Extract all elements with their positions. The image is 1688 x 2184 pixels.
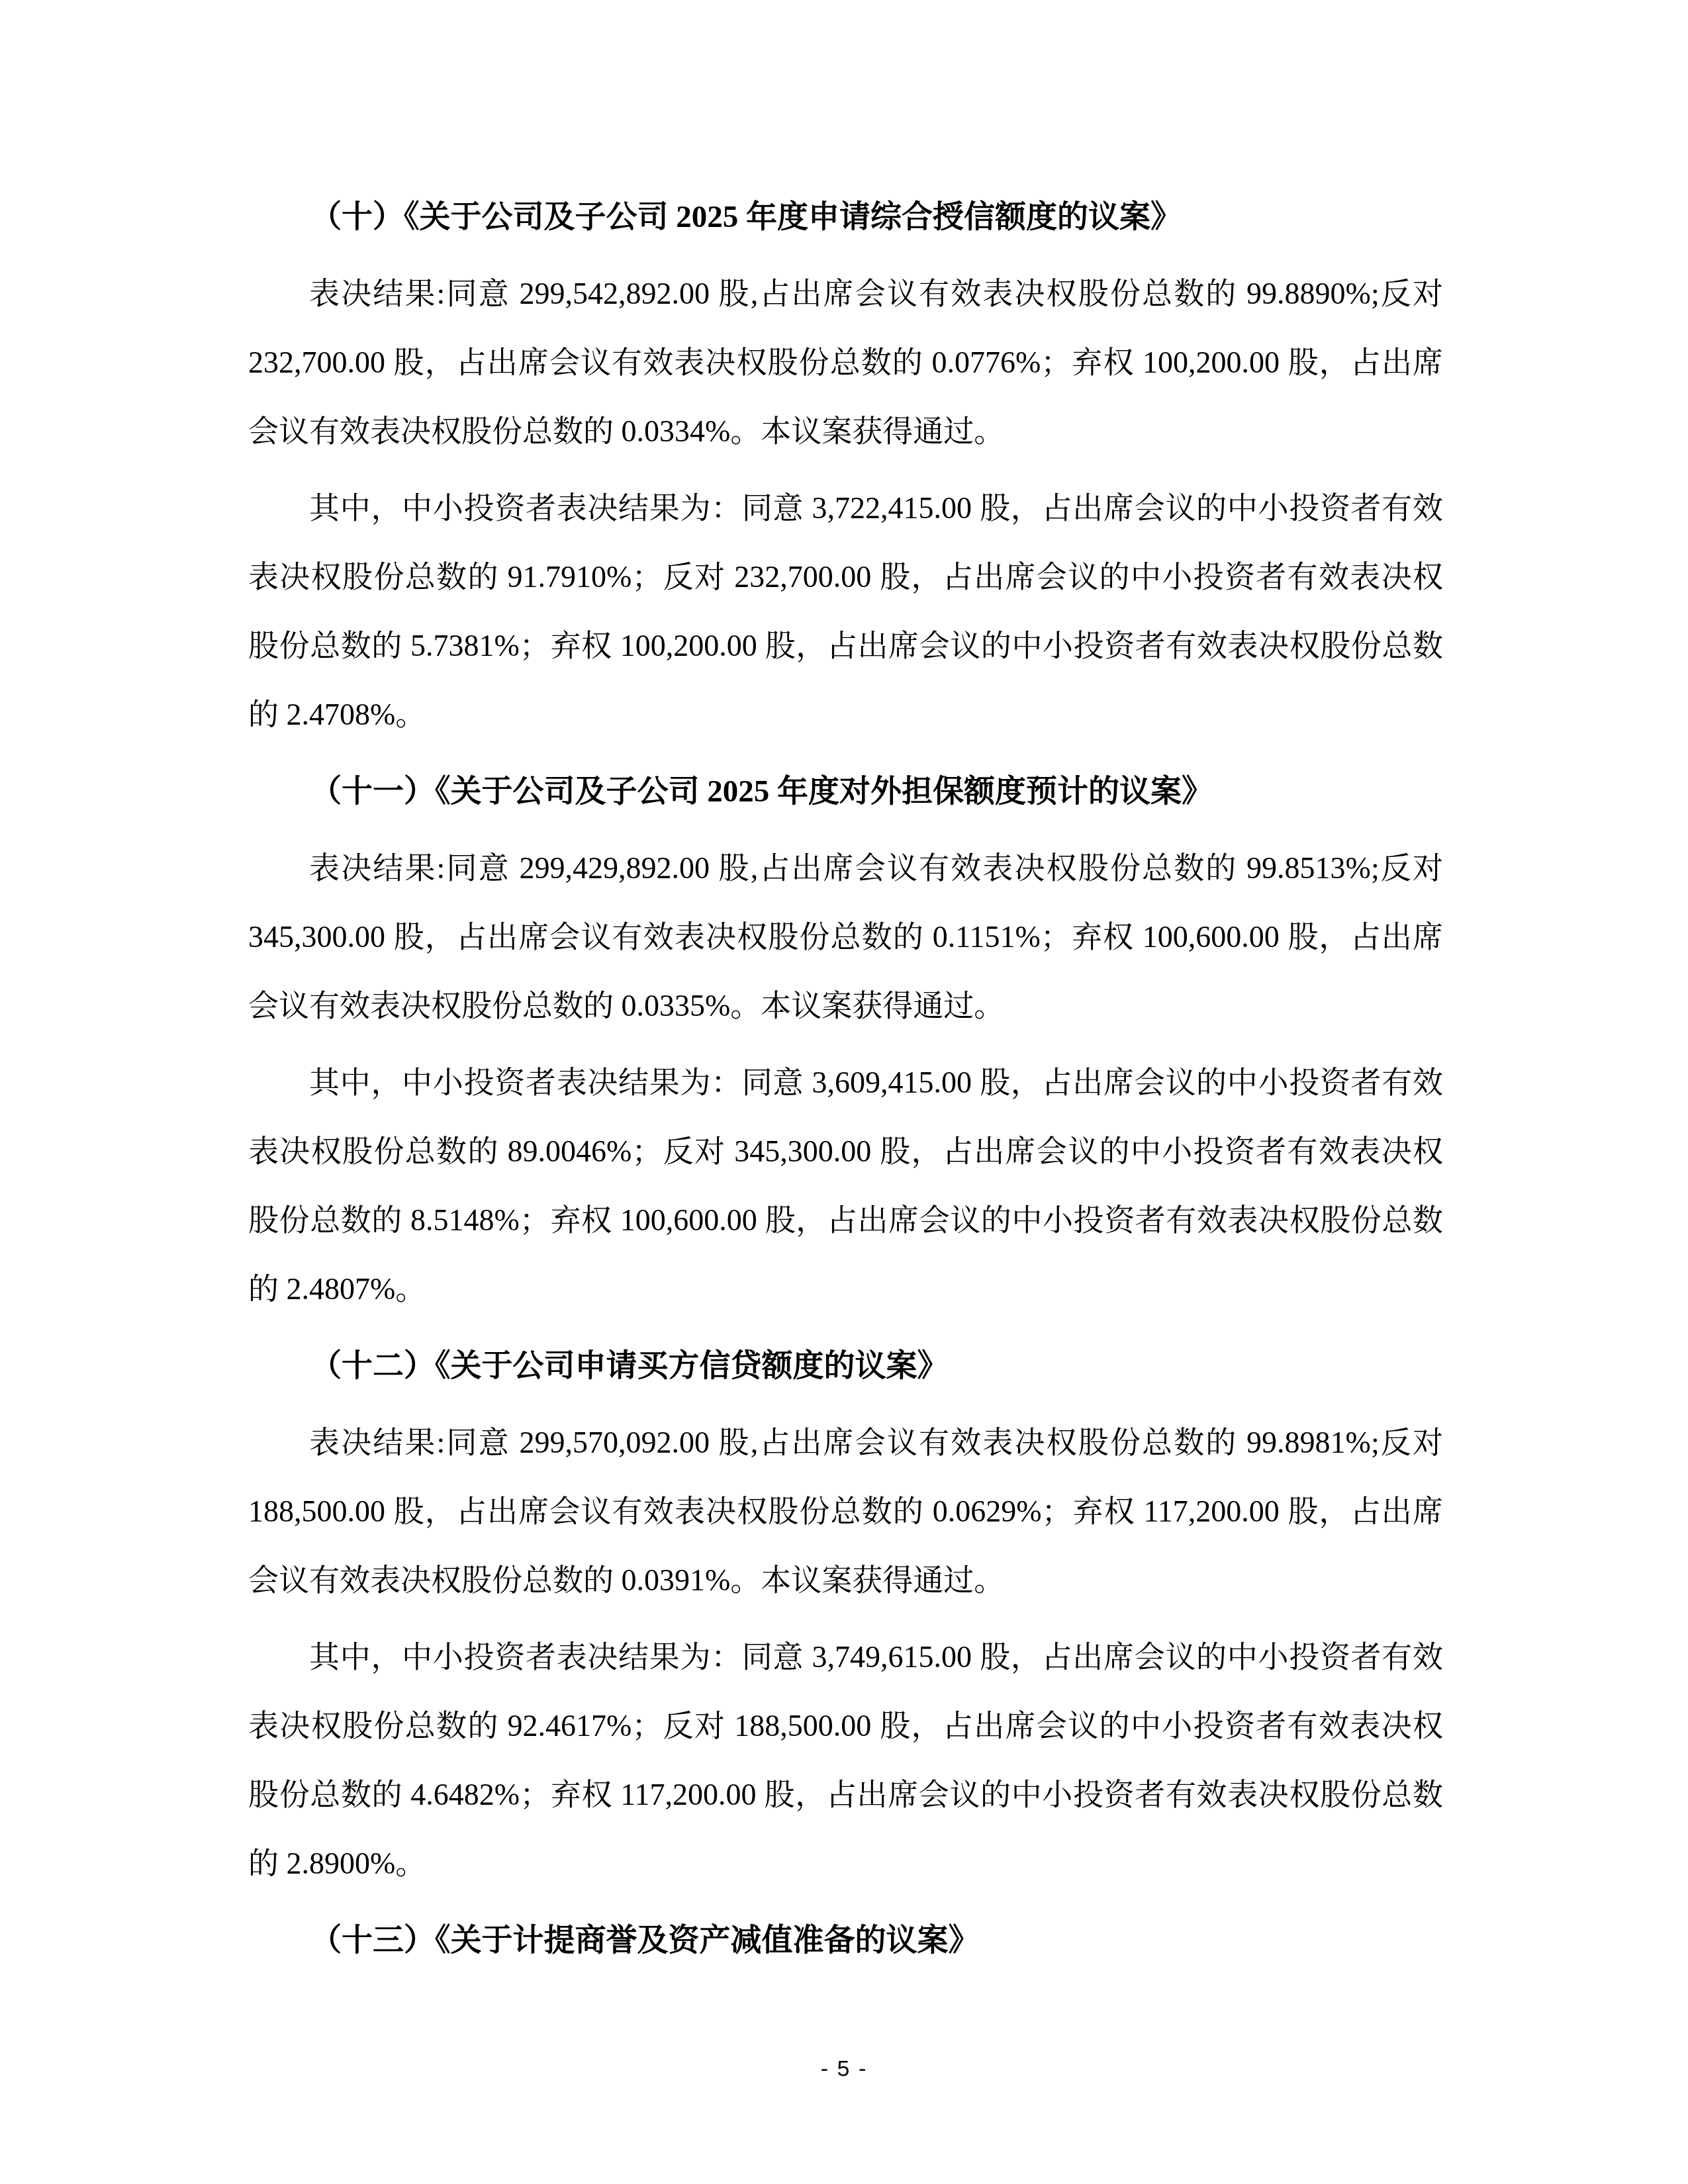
vote-result-paragraph-item-11: 表决结果:同意 299,429,892.00 股,占出席会议有效表决权股份总数的… <box>248 834 1443 1040</box>
section-heading-item-10: （十）《关于公司及子公司 2025 年度申请综合授信额度的议案》 <box>248 183 1443 251</box>
vote-result-paragraph-item-10: 表决结果:同意 299,542,892.00 股,占出席会议有效表决权股份总数的… <box>248 259 1443 466</box>
section-heading-item-13: （十三）《关于计提商誉及资产减值准备的议案》 <box>248 1906 1443 1975</box>
section-heading-item-12: （十二）《关于公司申请买方信贷额度的议案》 <box>248 1332 1443 1400</box>
minor-investor-paragraph-item-12: 其中，中小投资者表决结果为：同意 3,749,615.00 股，占出席会议的中小… <box>248 1623 1443 1898</box>
minor-investor-paragraph-item-10: 其中，中小投资者表决结果为：同意 3,722,415.00 股，占出席会议的中小… <box>248 474 1443 749</box>
minor-investor-paragraph-item-11: 其中，中小投资者表决结果为：同意 3,609,415.00 股，占出席会议的中小… <box>248 1048 1443 1324</box>
vote-result-paragraph-item-12: 表决结果:同意 299,570,092.00 股,占出席会议有效表决权股份总数的… <box>248 1408 1443 1615</box>
section-heading-item-11: （十一）《关于公司及子公司 2025 年度对外担保额度预计的议案》 <box>248 757 1443 826</box>
page-number: - 5 - <box>0 2054 1688 2083</box>
document-content: （十）《关于公司及子公司 2025 年度申请综合授信额度的议案》 表决结果:同意… <box>248 183 1443 1983</box>
document-page: （十）《关于公司及子公司 2025 年度申请综合授信额度的议案》 表决结果:同意… <box>0 0 1688 2184</box>
